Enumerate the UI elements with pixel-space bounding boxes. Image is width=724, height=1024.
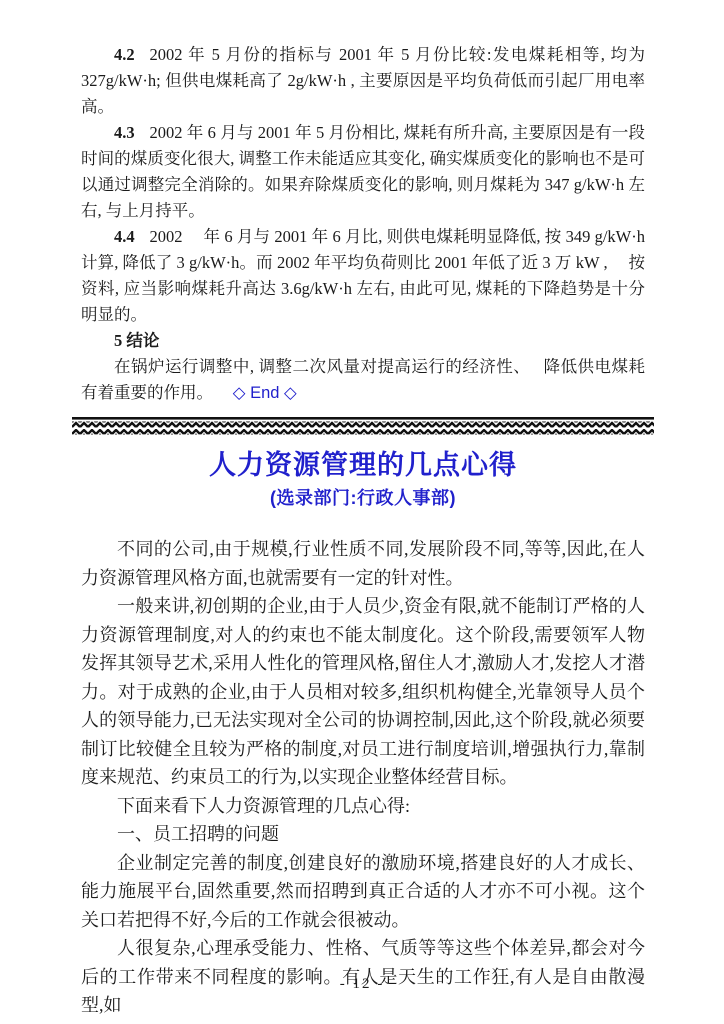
hr-article: 人力资源管理的几点心得 (选录部门:行政人事部) 不同的公司,由于规模,行业性质… [81,447,645,1020]
page-number: - 12 - [0,976,724,993]
hr-article-body: 不同的公司,由于规模,行业性质不同,发展阶段不同,等等,因此,在人力资源管理风格… [81,535,645,1020]
section-number: 4.4 [114,227,149,246]
article-subtitle: (选录部门:行政人事部) [81,484,645,512]
hr-paragraph: 一般来讲,初创期的企业,由于人员少,资金有限,就不能制订严格的人力资源管理制度,… [81,592,645,792]
document-page: 4.22002 年 5 月份的指标与 2001 年 5 月份比较:发电煤耗相等,… [0,0,724,1024]
section-4-3: 4.32002 年 6 月与 2001 年 5 月份相比, 煤耗有所升高, 主要… [81,120,645,224]
section-4-2: 4.22002 年 5 月份的指标与 2001 年 5 月份比较:发电煤耗相等,… [81,42,645,120]
hr-paragraph: 不同的公司,由于规模,行业性质不同,发展阶段不同,等等,因此,在人力资源管理风格… [81,535,645,592]
article-title: 人力资源管理的几点心得 [81,447,645,484]
section-number: 4.2 [114,45,149,64]
conclusion-paragraph: 在锅炉运行调整中, 调整二次风量对提高运行的经济性、 降低供电煤耗有着重要的作用… [81,354,645,406]
section-text: 2002 年 6 月与 2001 年 5 月份相比, 煤耗有所升高, 主要原因是… [81,123,645,220]
section-number: 4.3 [114,123,149,142]
zigzag-divider [72,417,654,435]
conclusion-heading: 5 结论 [81,328,645,354]
conclusion-text: 在锅炉运行调整中, 调整二次风量对提高运行的经济性、 降低供电煤耗有着重要的作用… [81,357,645,402]
hr-paragraph-heading: 一、员工招聘的问题 [81,820,645,849]
boiler-report-article: 4.22002 年 5 月份的指标与 2001 年 5 月份比较:发电煤耗相等,… [81,42,645,406]
section-4-4: 4.42002 年 6 月与 2001 年 6 月比, 则供电煤耗明显降低, 按… [81,224,645,328]
section-text: 2002 年 6 月与 2001 年 6 月比, 则供电煤耗明显降低, 按 34… [81,227,645,324]
zigzag-divider-graphic [72,417,654,435]
section-text: 2002 年 5 月份的指标与 2001 年 5 月份比较:发电煤耗相等, 均为… [81,45,645,116]
hr-paragraph: 企业制定完善的制度,创建良好的激励环境,搭建良好的人才成长、能力施展平台,固然重… [81,849,645,935]
hr-paragraph: 下面来看下人力资源管理的几点心得: [81,792,645,821]
end-marker: ◇ End ◇ [213,384,297,402]
